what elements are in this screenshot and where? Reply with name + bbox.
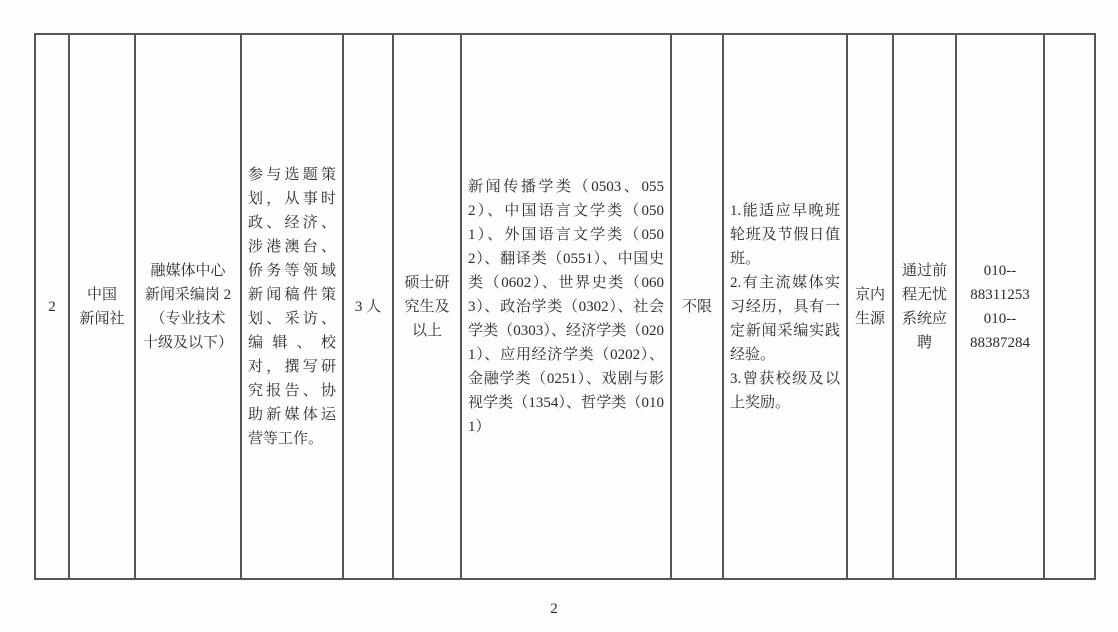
- cell-headcount: 3 人: [343, 34, 393, 579]
- cell-extra: [1044, 34, 1095, 579]
- cell-duties: 参与选题策划，从事时政、经济、涉港澳台、侨务等领域新闻稿件策划、采访、编辑、校对…: [241, 34, 343, 579]
- cell-seq: 2: [35, 34, 69, 579]
- cell-majors: 新闻传播学类（0503、0552）、中国语言文学类（0501）、外国语言文学类（…: [461, 34, 671, 579]
- cell-phone: 010-- 88311253 010-- 88387284: [956, 34, 1044, 579]
- page-number: 2: [34, 601, 1074, 618]
- cell-organization: 中国 新闻社: [69, 34, 135, 579]
- cell-other-requirements: 1.能适应早晚班轮班及节假日值班。 2.有主流媒体实习经历，具有一定新闻采编实践…: [723, 34, 847, 579]
- cell-apply-method: 通过前 程无忧 系统应 聘: [893, 34, 956, 579]
- cell-political-status: 不限: [671, 34, 723, 579]
- document-page: 2 中国 新闻社 融媒体中心 新闻采编岗 2 （专业技术 十级及以下） 参与选题…: [0, 0, 1118, 632]
- cell-education: 硕士研 究生及 以上: [393, 34, 461, 579]
- cell-household-source: 京内 生源: [847, 34, 893, 579]
- cell-position: 融媒体中心 新闻采编岗 2 （专业技术 十级及以下）: [135, 34, 241, 579]
- table-row: 2 中国 新闻社 融媒体中心 新闻采编岗 2 （专业技术 十级及以下） 参与选题…: [35, 34, 1095, 579]
- recruitment-table: 2 中国 新闻社 融媒体中心 新闻采编岗 2 （专业技术 十级及以下） 参与选题…: [34, 33, 1096, 580]
